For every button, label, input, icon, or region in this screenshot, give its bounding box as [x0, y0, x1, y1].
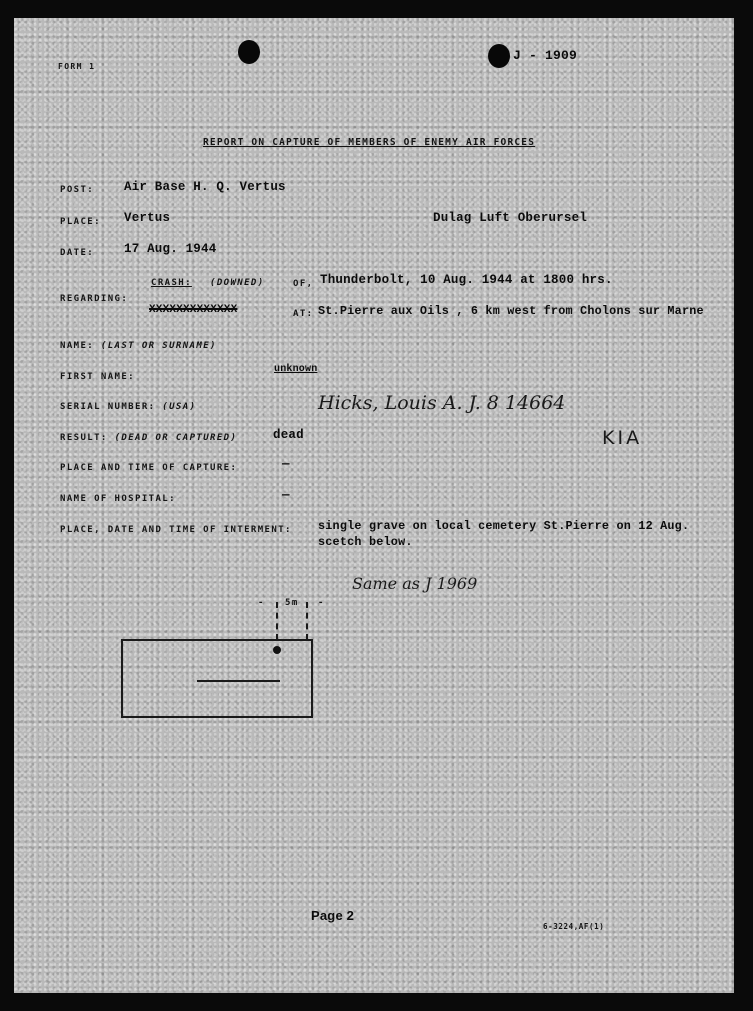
date-label: DATE: — [60, 248, 94, 258]
serial-label-text: SERIAL NUMBER: — [60, 402, 155, 412]
interment-value-line1: single grave on local cemetery St.Pierre… — [318, 519, 689, 533]
punch-hole-right — [488, 44, 510, 68]
downed-label: (DOWNED) — [210, 278, 265, 288]
place-destination: Dulag Luft Oberursel — [433, 211, 587, 225]
document-title: REPORT ON CAPTURE OF MEMBERS OF ENEMY AI… — [203, 137, 535, 148]
struck-out-text: XXXXXXXXXXXXX — [149, 304, 237, 316]
sketch-dash-mark-right: - — [318, 598, 325, 608]
post-label: POST: — [60, 185, 94, 195]
capture-value: — — [282, 457, 290, 471]
result-sub-label: (DEAD OR CAPTURED) — [115, 433, 238, 443]
punch-hole-left — [238, 40, 260, 64]
place-value: Vertus — [124, 211, 170, 225]
form-code: 6-3224,AF(1) — [543, 922, 604, 931]
first-name-label: FIRST NAME: — [60, 372, 135, 382]
result-label-text: RESULT: — [60, 433, 108, 443]
file-number: J - 1909 — [513, 48, 577, 63]
result-handwritten: KIA — [602, 427, 642, 449]
hospital-label: NAME OF HOSPITAL: — [60, 494, 176, 504]
sketch-dash-mark-left: - — [258, 598, 265, 608]
sketch-dash-left — [276, 602, 278, 640]
sketch-handwritten-note: Same as J 1969 — [352, 574, 477, 593]
at-value: St.Pierre aux Oils , 6 km west from Chol… — [318, 304, 704, 318]
serial-label: SERIAL NUMBER: (USA) — [60, 402, 196, 412]
crash-label: CRASH: — [151, 278, 192, 288]
capture-label: PLACE AND TIME OF CAPTURE: — [60, 463, 237, 473]
form-number: FORM 1 — [58, 62, 95, 71]
place-label: PLACE: — [60, 217, 101, 227]
date-value: 17 Aug. 1944 — [124, 242, 216, 256]
grave-marker-icon — [273, 646, 281, 654]
name-label: NAME: (LAST OR SURNAME) — [60, 341, 217, 351]
at-label: AT: — [293, 309, 313, 319]
result-value: dead — [273, 428, 304, 442]
first-name-value: unknown — [274, 364, 317, 375]
name-label-text: NAME: — [60, 341, 94, 351]
document-page — [14, 18, 734, 993]
crash-value: Thunderbolt, 10 Aug. 1944 at 1800 hrs. — [320, 273, 613, 287]
sketch-top-line — [121, 639, 313, 641]
sketch-inner-line — [197, 680, 280, 682]
name-sub-label: (LAST OR SURNAME) — [101, 341, 217, 351]
sketch-left-line — [121, 639, 123, 718]
page-number: Page 2 — [311, 908, 354, 923]
serial-sub-label: (USA) — [162, 402, 196, 412]
result-label: RESULT: (DEAD OR CAPTURED) — [60, 433, 237, 443]
sketch-bottom-line — [121, 716, 313, 718]
post-value: Air Base H. Q. Vertus — [124, 180, 286, 194]
sketch-scale-label: 5m — [285, 598, 299, 608]
sketch-dash-right — [306, 602, 308, 640]
hospital-value: — — [282, 488, 290, 502]
serial-handwritten: Hicks, Louis A. J. 8 14664 — [318, 392, 565, 414]
interment-label: PLACE, DATE AND TIME OF INTERMENT: — [60, 525, 292, 535]
interment-value-line2: scetch below. — [318, 535, 413, 549]
regarding-label: REGARDING: — [60, 294, 128, 304]
sketch-right-line — [311, 639, 313, 718]
of-label: OF, — [293, 279, 313, 289]
